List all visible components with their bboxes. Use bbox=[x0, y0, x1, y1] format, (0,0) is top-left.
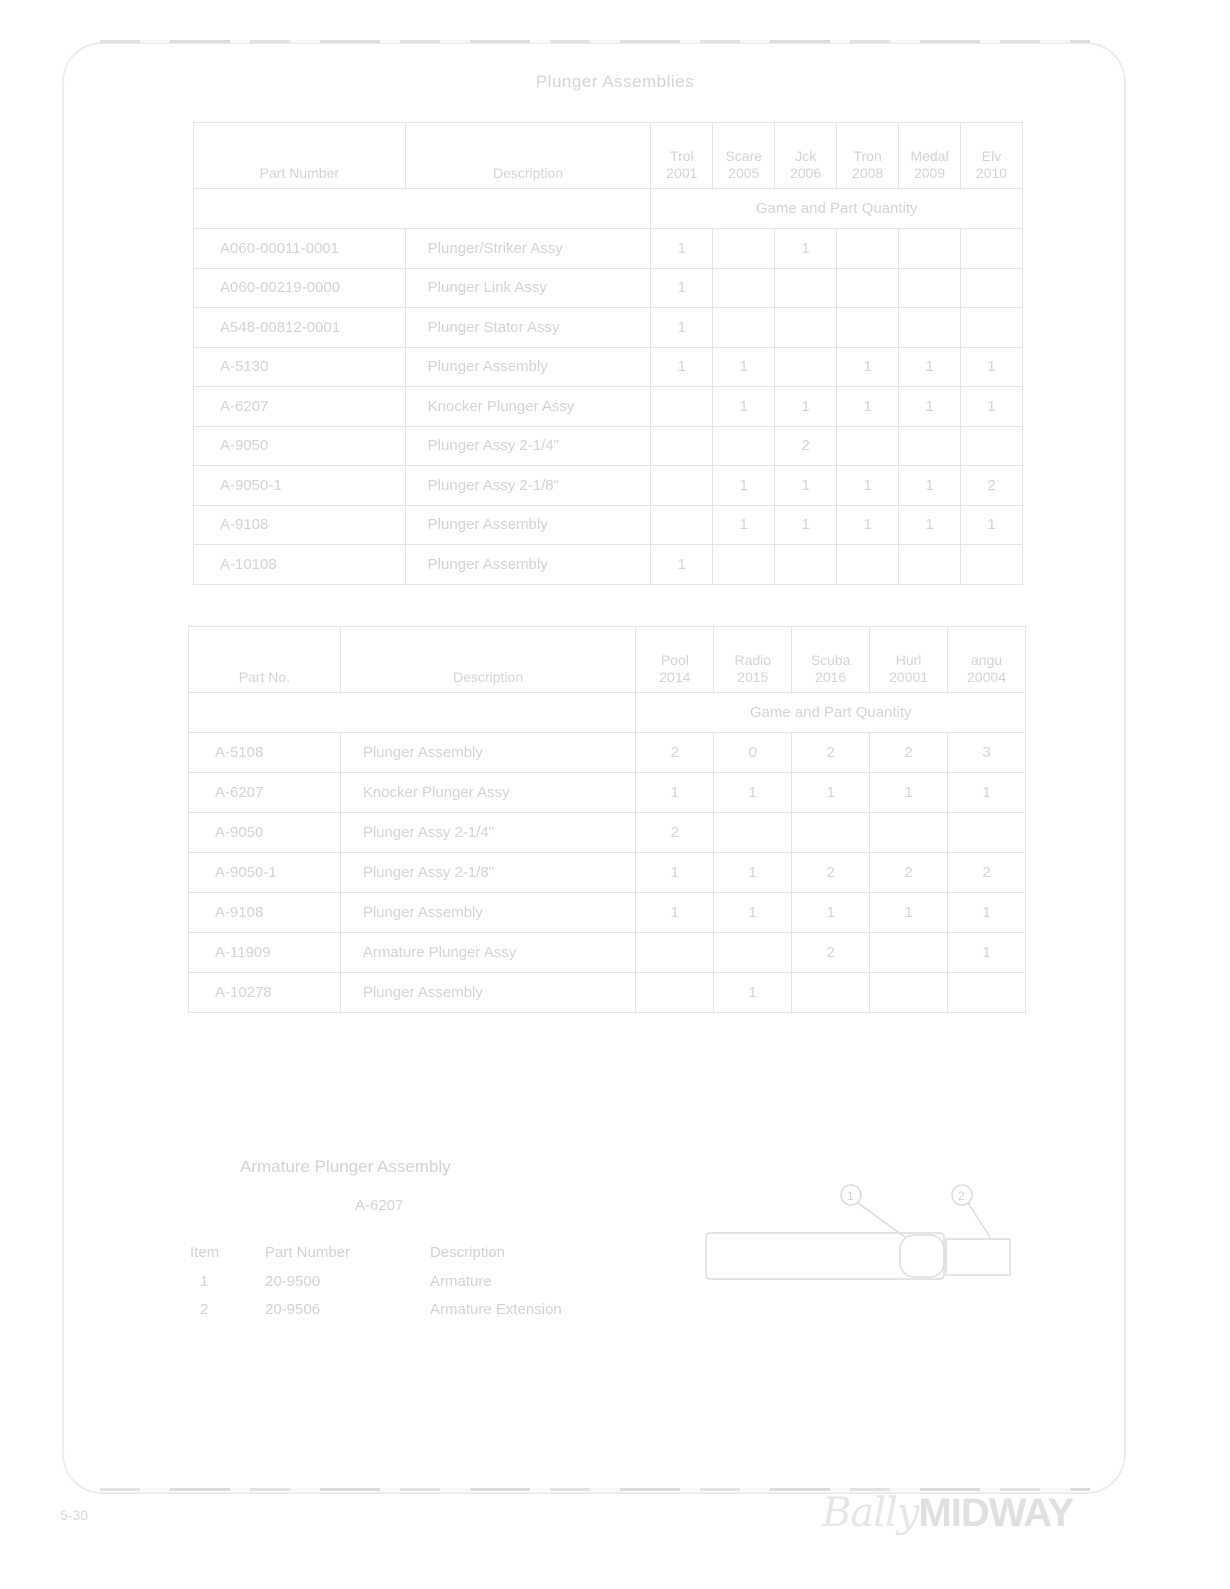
quantity-cell bbox=[792, 813, 870, 853]
assembly-number: A-6207 bbox=[355, 1197, 403, 1214]
part-number-cell: A-5108 bbox=[189, 733, 341, 773]
quantity-cell: 1 bbox=[775, 229, 837, 269]
quantity-cell bbox=[651, 387, 713, 427]
game-column-header: Elv2010 bbox=[961, 123, 1023, 189]
part-number-cell: A-5130 bbox=[194, 347, 406, 387]
quantity-cell bbox=[713, 308, 775, 348]
quantity-cell: 1 bbox=[714, 853, 792, 893]
header-row: Part NumberDescriptionTrol2001Scare2005J… bbox=[194, 123, 1023, 189]
game-column-header: Hurl20001 bbox=[870, 627, 948, 693]
quantity-cell bbox=[870, 933, 948, 973]
table-row: A-9050-1Plunger Assy 2-1/8"11222 bbox=[189, 853, 1026, 893]
quantity-cell: 1 bbox=[961, 347, 1023, 387]
quantity-cell bbox=[651, 426, 713, 466]
game-column-header: Medal2009 bbox=[899, 123, 961, 189]
quantity-cell: 1 bbox=[713, 347, 775, 387]
bally-midway-logo: BallyMIDWAY bbox=[822, 1490, 1073, 1536]
quantity-cell bbox=[651, 466, 713, 506]
quantity-cell bbox=[713, 229, 775, 269]
part-number-cell: A-9050-1 bbox=[189, 853, 341, 893]
table-row: A-9050Plunger Assy 2-1/4"2 bbox=[189, 813, 1026, 853]
quantity-cell: 1 bbox=[899, 505, 961, 545]
quantity-cell: 1 bbox=[651, 229, 713, 269]
description-header: Description bbox=[340, 627, 636, 693]
game-column-header: Trol2001 bbox=[651, 123, 713, 189]
quantity-cell: 1 bbox=[899, 347, 961, 387]
quantity-cell: 1 bbox=[948, 893, 1026, 933]
frame-top-border bbox=[100, 40, 1090, 43]
quantity-cell bbox=[899, 229, 961, 269]
quantity-cell: 1 bbox=[870, 773, 948, 813]
part-number-cell: A060-00219-0000 bbox=[194, 268, 406, 308]
game-column-header: Tron2008 bbox=[837, 123, 899, 189]
part-number-cell: A-10108 bbox=[194, 545, 406, 585]
part-number-cell: A-9050 bbox=[194, 426, 406, 466]
quantity-cell bbox=[899, 545, 961, 585]
quantity-cell: 1 bbox=[870, 893, 948, 933]
armature-extension bbox=[946, 1239, 1010, 1275]
game-column-header: Scuba2016 bbox=[792, 627, 870, 693]
table-row: A-9108Plunger Assembly11111 bbox=[189, 893, 1026, 933]
part-number-cell: A-6207 bbox=[189, 773, 341, 813]
table-row: A-6207Knocker Plunger Assy11111 bbox=[189, 773, 1026, 813]
table-row: A-9050-1Plunger Assy 2-1/8"11112 bbox=[194, 466, 1023, 506]
quantity-cell bbox=[837, 545, 899, 585]
quantity-cell bbox=[899, 268, 961, 308]
description-cell: Plunger Assembly bbox=[405, 347, 651, 387]
quantity-cell: 1 bbox=[775, 466, 837, 506]
description-header: Description bbox=[430, 1244, 650, 1261]
description-cell: Plunger Assembly bbox=[405, 545, 651, 585]
description-header: Description bbox=[405, 123, 651, 189]
quantity-cell bbox=[899, 308, 961, 348]
quantity-cell: 2 bbox=[792, 933, 870, 973]
part-number-cell: A060-00011-0001 bbox=[194, 229, 406, 269]
quantity-cell: 1 bbox=[837, 347, 899, 387]
quantity-cell: 1 bbox=[636, 773, 714, 813]
description-cell: Plunger Assy 2-1/8" bbox=[405, 466, 651, 506]
quantity-cell bbox=[775, 268, 837, 308]
svg-text:1: 1 bbox=[847, 1189, 854, 1203]
part-number-header: Part Number bbox=[265, 1244, 430, 1261]
quantity-cell: 2 bbox=[870, 733, 948, 773]
quantity-cell: 1 bbox=[837, 387, 899, 427]
quantity-cell bbox=[837, 308, 899, 348]
table-row: A-10108Plunger Assembly1 bbox=[194, 545, 1023, 585]
parts-table-2: Part No.DescriptionPool2014Radio2015Scub… bbox=[188, 626, 1026, 1013]
quantity-cell: 1 bbox=[714, 973, 792, 1013]
quantity-cell: 1 bbox=[775, 505, 837, 545]
page-number: 5-30 bbox=[60, 1507, 88, 1523]
quantity-cell bbox=[775, 347, 837, 387]
quantity-cell: 1 bbox=[792, 773, 870, 813]
quantity-cell bbox=[713, 426, 775, 466]
description-cell: Knocker Plunger Assy bbox=[405, 387, 651, 427]
quantity-cell bbox=[961, 426, 1023, 466]
quantity-cell: 1 bbox=[948, 933, 1026, 973]
assembly-header-row: Item Part Number Description bbox=[190, 1237, 650, 1267]
quantity-cell: 2 bbox=[870, 853, 948, 893]
quantity-cell: 1 bbox=[713, 466, 775, 506]
part-number-cell: A-10278 bbox=[189, 973, 341, 1013]
description-cell: Plunger Assy 2-1/8" bbox=[340, 853, 636, 893]
table-row: A-11909Armature Plunger Assy21 bbox=[189, 933, 1026, 973]
quantity-cell: 1 bbox=[899, 466, 961, 506]
part-number-cell: A-9050 bbox=[189, 813, 341, 853]
quantity-cell: 2 bbox=[948, 853, 1026, 893]
part-number-cell: A-11909 bbox=[189, 933, 341, 973]
quantity-cell bbox=[837, 268, 899, 308]
header-row: Part No.DescriptionPool2014Radio2015Scub… bbox=[189, 627, 1026, 693]
quantity-cell: 2 bbox=[792, 853, 870, 893]
quantity-cell bbox=[948, 973, 1026, 1013]
item-header: Item bbox=[190, 1244, 265, 1261]
game-column-header: Radio2015 bbox=[714, 627, 792, 693]
group-label: Game and Part Quantity bbox=[651, 189, 1023, 229]
assembly-parts-list: Item Part Number Description 1 20-9500 A… bbox=[190, 1237, 650, 1323]
game-column-header: Jck2006 bbox=[775, 123, 837, 189]
description-cell: Plunger Assy 2-1/4" bbox=[340, 813, 636, 853]
assembly-item-row: 2 20-9506 Armature Extension bbox=[190, 1295, 650, 1323]
description-cell: Plunger Assembly bbox=[405, 505, 651, 545]
game-column-header: angu20004 bbox=[948, 627, 1026, 693]
quantity-cell: 1 bbox=[775, 387, 837, 427]
quantity-cell bbox=[713, 545, 775, 585]
quantity-cell bbox=[792, 973, 870, 1013]
part-number-cell: A-9108 bbox=[189, 893, 341, 933]
quantity-cell: 2 bbox=[961, 466, 1023, 506]
game-column-header: Scare2005 bbox=[713, 123, 775, 189]
part-number-cell: A-9050-1 bbox=[194, 466, 406, 506]
quantity-cell bbox=[714, 813, 792, 853]
description-cell: Plunger Assy 2-1/4" bbox=[405, 426, 651, 466]
part-number-header: Part Number bbox=[194, 123, 406, 189]
table-row: A-6207Knocker Plunger Assy11111 bbox=[194, 387, 1023, 427]
table-row: A-10278Plunger Assembly1 bbox=[189, 973, 1026, 1013]
assembly-title: Armature Plunger Assembly bbox=[240, 1157, 451, 1177]
quantity-cell: 2 bbox=[636, 813, 714, 853]
quantity-cell: 1 bbox=[792, 893, 870, 933]
description-cell: Plunger Assembly bbox=[340, 893, 636, 933]
quantity-cell bbox=[899, 426, 961, 466]
quantity-cell: 3 bbox=[948, 733, 1026, 773]
quantity-cell bbox=[961, 229, 1023, 269]
part-number-cell: A548-00812-0001 bbox=[194, 308, 406, 348]
part-number-header: Part No. bbox=[189, 627, 341, 693]
group-row: Game and Part Quantity bbox=[189, 693, 1026, 733]
quantity-cell bbox=[775, 545, 837, 585]
quantity-cell bbox=[837, 229, 899, 269]
quantity-cell: 1 bbox=[714, 773, 792, 813]
description-cell: Plunger Assembly bbox=[340, 973, 636, 1013]
quantity-cell: 0 bbox=[714, 733, 792, 773]
quantity-cell: 1 bbox=[651, 347, 713, 387]
quantity-cell: 1 bbox=[651, 545, 713, 585]
quantity-cell: 1 bbox=[961, 387, 1023, 427]
quantity-cell: 1 bbox=[714, 893, 792, 933]
quantity-cell bbox=[961, 545, 1023, 585]
quantity-cell: 1 bbox=[713, 387, 775, 427]
quantity-cell: 2 bbox=[775, 426, 837, 466]
quantity-cell: 1 bbox=[948, 773, 1026, 813]
group-row: Game and Part Quantity bbox=[194, 189, 1023, 229]
table-row: A-9050Plunger Assy 2-1/4"2 bbox=[194, 426, 1023, 466]
quantity-cell: 1 bbox=[651, 268, 713, 308]
quantity-cell: 2 bbox=[636, 733, 714, 773]
description-cell: Plunger/Striker Assy bbox=[405, 229, 651, 269]
quantity-cell bbox=[948, 813, 1026, 853]
quantity-cell bbox=[636, 973, 714, 1013]
quantity-cell: 2 bbox=[792, 733, 870, 773]
assembly-item-row: 1 20-9500 Armature bbox=[190, 1267, 650, 1295]
description-cell: Plunger Stator Assy bbox=[405, 308, 651, 348]
quantity-cell bbox=[775, 308, 837, 348]
quantity-cell: 1 bbox=[837, 466, 899, 506]
table-row: A-5108Plunger Assembly20223 bbox=[189, 733, 1026, 773]
table-row: A-9108Plunger Assembly11111 bbox=[194, 505, 1023, 545]
quantity-cell: 1 bbox=[837, 505, 899, 545]
svg-text:2: 2 bbox=[958, 1189, 965, 1203]
description-cell: Plunger Assembly bbox=[340, 733, 636, 773]
quantity-cell bbox=[837, 426, 899, 466]
table-row: A-5130Plunger Assembly11111 bbox=[194, 347, 1023, 387]
quantity-cell bbox=[714, 933, 792, 973]
quantity-cell: 1 bbox=[636, 853, 714, 893]
quantity-cell bbox=[961, 308, 1023, 348]
description-cell: Plunger Link Assy bbox=[405, 268, 651, 308]
table-row: A548-00812-0001Plunger Stator Assy1 bbox=[194, 308, 1023, 348]
game-column-header: Pool2014 bbox=[636, 627, 714, 693]
table-row: A060-00011-0001Plunger/Striker Assy11 bbox=[194, 229, 1023, 269]
quantity-cell bbox=[870, 973, 948, 1013]
quantity-cell bbox=[651, 505, 713, 545]
description-cell: Knocker Plunger Assy bbox=[340, 773, 636, 813]
quantity-cell: 1 bbox=[961, 505, 1023, 545]
page-title: Plunger Assemblies bbox=[0, 72, 1230, 92]
quantity-cell bbox=[713, 268, 775, 308]
armature-plunger-diagram: 1 2 bbox=[700, 1175, 1020, 1295]
description-cell: Armature Plunger Assy bbox=[340, 933, 636, 973]
quantity-cell: 1 bbox=[713, 505, 775, 545]
table-row: A060-00219-0000Plunger Link Assy1 bbox=[194, 268, 1023, 308]
quantity-cell bbox=[636, 933, 714, 973]
parts-table-1: Part NumberDescriptionTrol2001Scare2005J… bbox=[193, 122, 1023, 585]
armature-body bbox=[706, 1233, 944, 1279]
quantity-cell: 1 bbox=[651, 308, 713, 348]
quantity-cell bbox=[961, 268, 1023, 308]
part-number-cell: A-9108 bbox=[194, 505, 406, 545]
quantity-cell: 1 bbox=[636, 893, 714, 933]
group-label: Game and Part Quantity bbox=[636, 693, 1026, 733]
quantity-cell bbox=[870, 813, 948, 853]
quantity-cell: 1 bbox=[899, 387, 961, 427]
part-number-cell: A-6207 bbox=[194, 387, 406, 427]
